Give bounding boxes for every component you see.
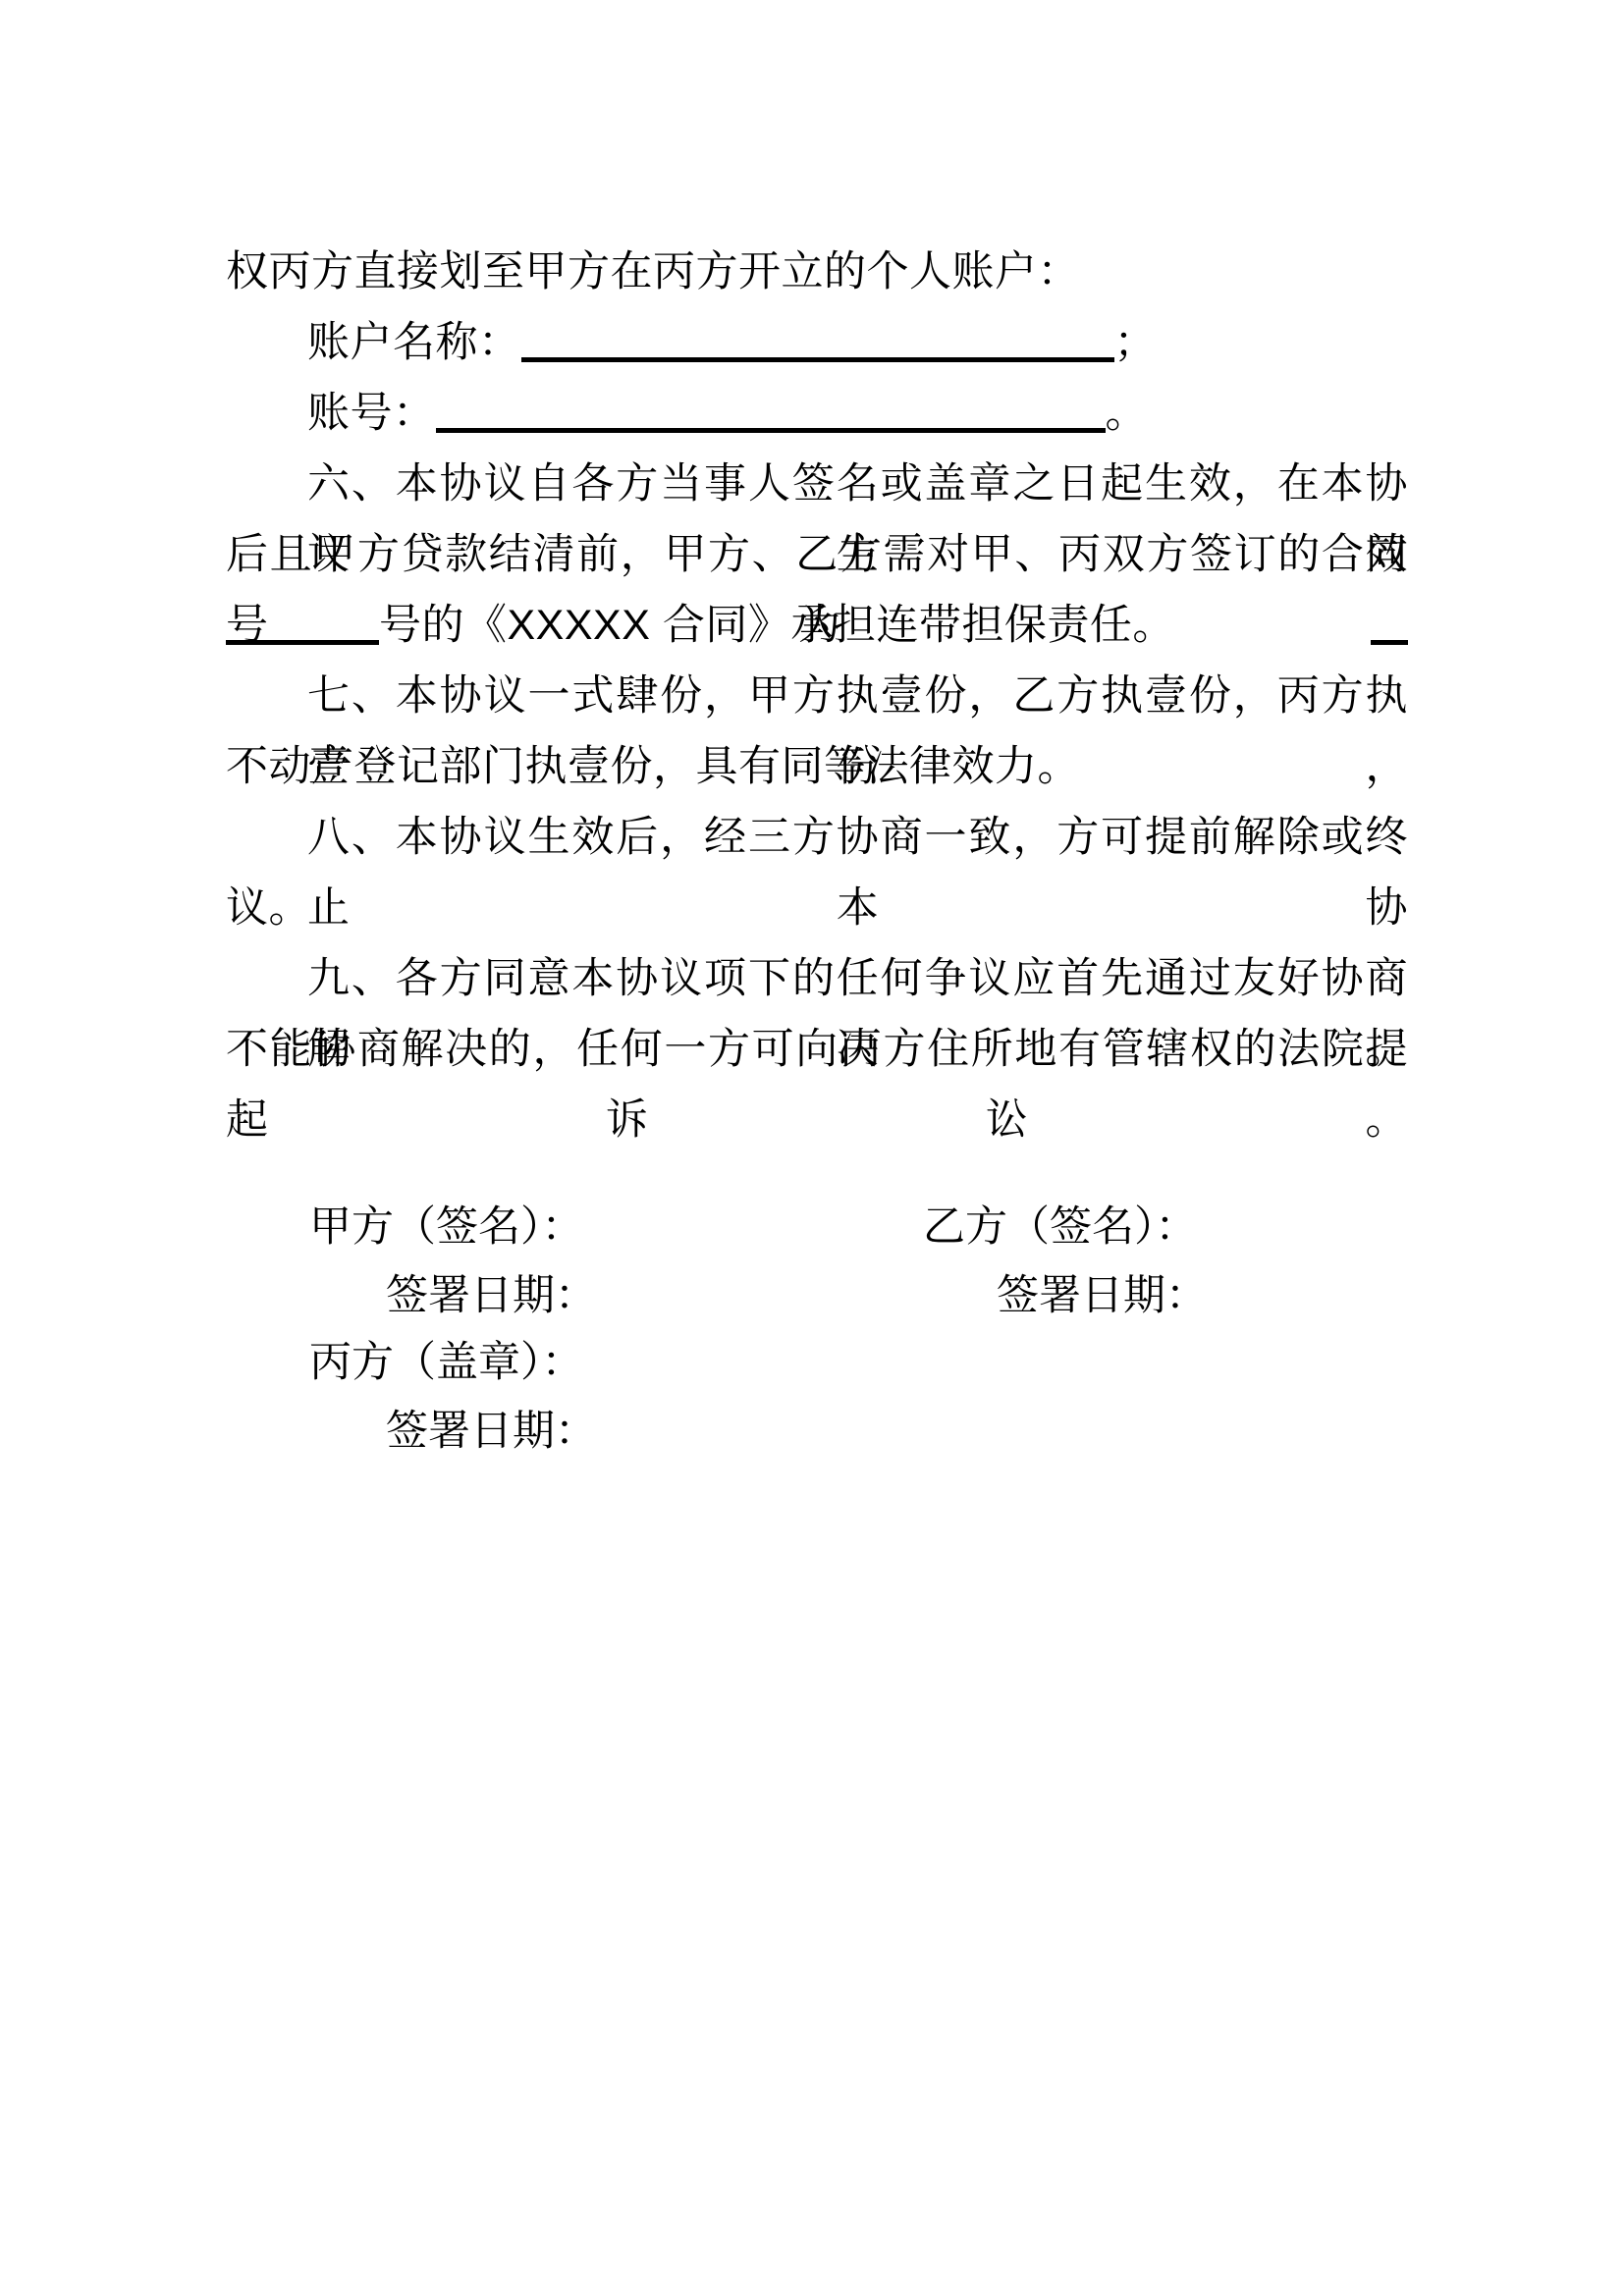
clause-6-line-1: 六、本协议自各方当事人签名或盖章之日起生效，在本协议生效: [226, 449, 1408, 519]
contract-page: 权丙方直接划至甲方在丙方开立的个人账户： 账户名称：； 账号：。 六、本协议自各…: [0, 0, 1624, 2296]
party-a-signature-label: 甲方（签名）：: [309, 1192, 584, 1262]
party-c-sign-date-label: 签署日期：: [386, 1396, 597, 1467]
clause-8-line-1: 八、本协议生效后，经三方协商一致，方可提前解除或终止本协: [226, 802, 1408, 873]
account-number-label: 账号：: [307, 390, 436, 437]
contract-body: 权丙方直接划至甲方在丙方开立的个人账户： 账户名称：； 账号：。 六、本协议自各…: [226, 237, 1408, 1085]
clause-9-line-2: 不能协商解决的，任何一方可向丙方住所地有管辖权的法院提起诉讼。: [226, 1014, 1408, 1085]
clause-7-line-1: 七、本协议一式肆份，甲方执壹份，乙方执壹份，丙方执壹份，: [226, 661, 1408, 731]
party-c-seal-label: 丙方（盖章）：: [309, 1327, 584, 1398]
clause-6-line-3-text: 号的《XXXXX 合同》承担连带担保责任。: [379, 602, 1175, 649]
clause-9-line-1: 九、各方同意本协议项下的任何争议应首先通过友好协商解决。: [226, 943, 1408, 1014]
party-b-sign-date-label: 签署日期：: [997, 1260, 1208, 1331]
account-number-punct: 。: [1106, 390, 1149, 437]
account-name-blank: [521, 357, 1114, 362]
account-number-blank: [436, 428, 1106, 433]
account-name-label: 账户名称：: [307, 319, 521, 366]
account-number-line: 账号：。: [226, 378, 1408, 449]
account-name-punct: ；: [1114, 319, 1158, 366]
clause-6-line-2: 后且甲方贷款结清前，甲方、乙方需对甲、丙双方签订的合同号为: [226, 519, 1408, 590]
contract-no-blank-trailing: [1371, 640, 1408, 645]
party-a-sign-date-label: 签署日期：: [386, 1260, 597, 1331]
party-b-signature-label: 乙方（签名）：: [923, 1192, 1198, 1262]
contract-no-blank-leading: [226, 640, 379, 645]
intro-line: 权丙方直接划至甲方在丙方开立的个人账户：: [226, 237, 1408, 307]
account-name-line: 账户名称：；: [226, 307, 1408, 378]
